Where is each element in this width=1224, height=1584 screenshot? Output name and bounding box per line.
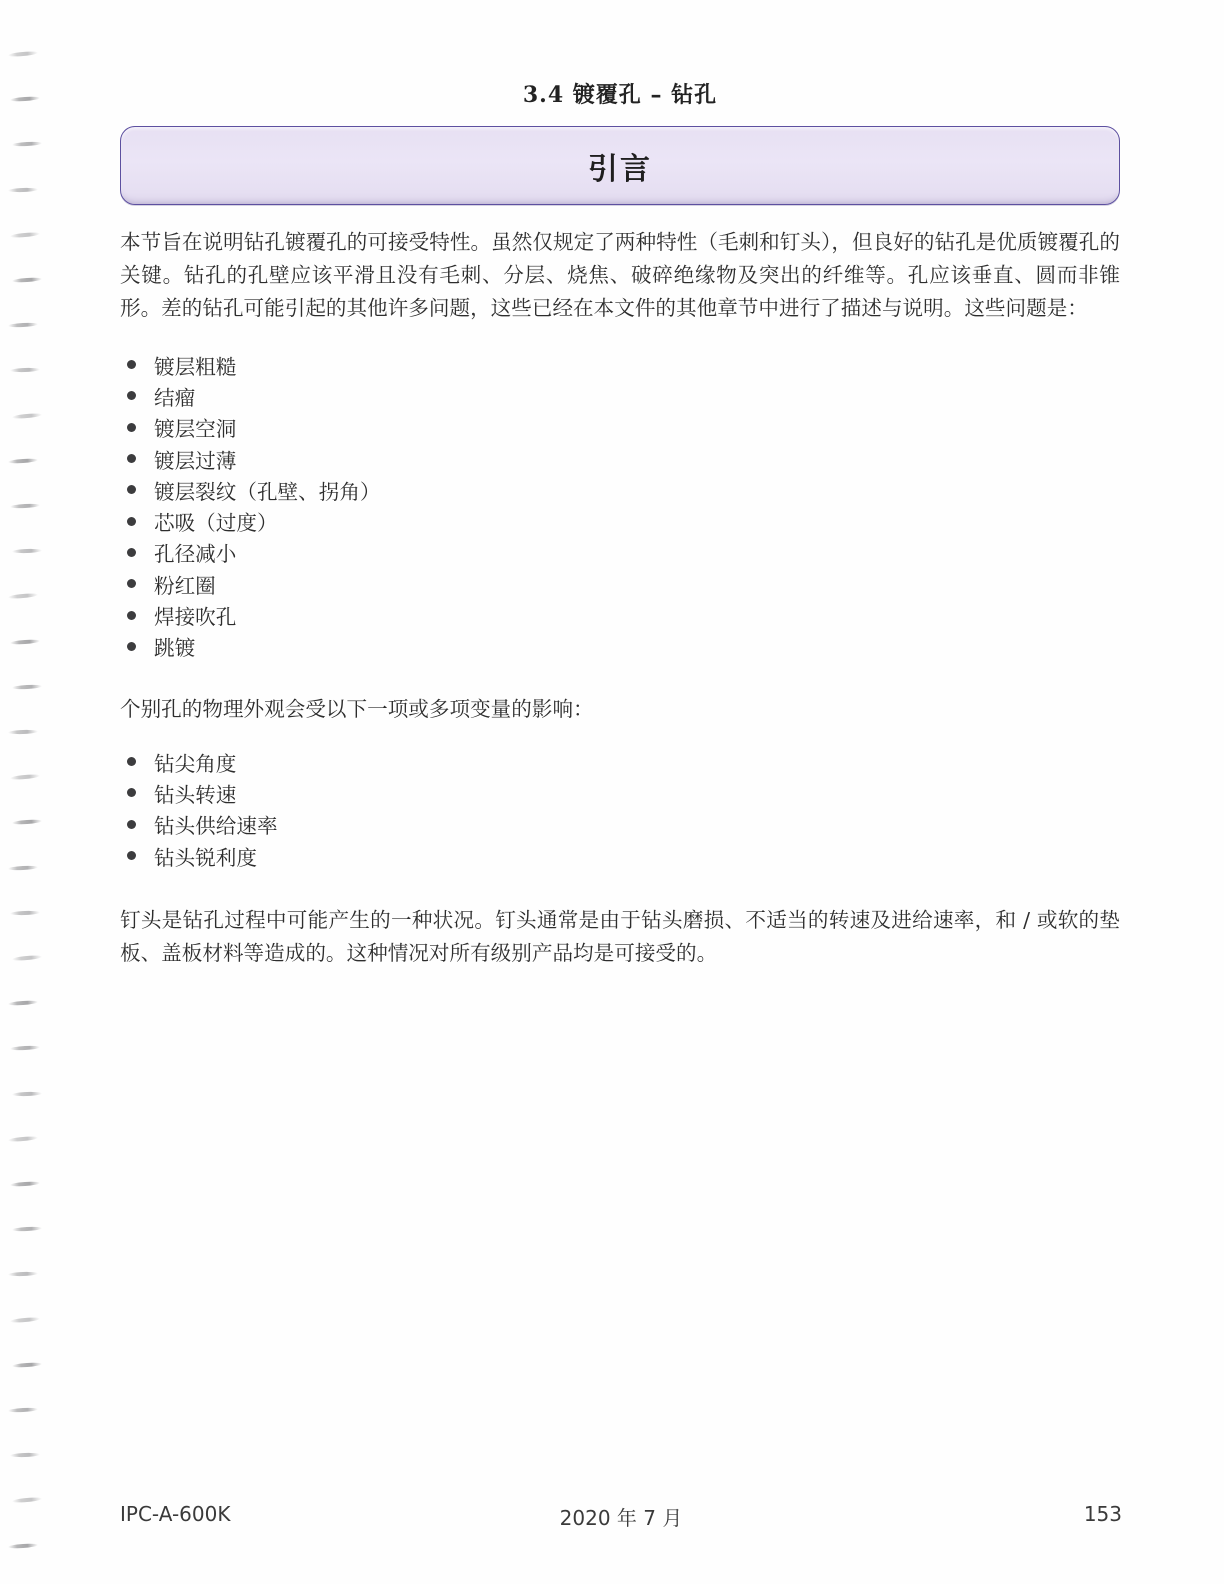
binding-mark: [8, 729, 38, 734]
list-item: 镀层空洞: [120, 412, 1120, 443]
bullet-icon: [127, 757, 136, 766]
bullet-icon: [127, 611, 136, 620]
binding-mark: [8, 1407, 38, 1413]
binding-mark: [8, 51, 38, 58]
list-item: 钻头转速: [120, 777, 1120, 808]
bullet-icon: [127, 517, 136, 526]
binding-mark: [12, 277, 42, 283]
binding-mark: [12, 1362, 42, 1368]
page-footer: IPC-A-600K 2020 年 7 月 153: [120, 1502, 1122, 1526]
binding-mark: [8, 1543, 38, 1549]
binding-mark: [10, 503, 40, 509]
list-item-label: 粉红圈: [154, 569, 216, 599]
bullet-icon: [127, 360, 136, 369]
list-item-label: 镀层裂纹（孔壁、拐角）: [154, 475, 381, 505]
binding-mark: [10, 910, 40, 915]
list-item: 钻头供给速率: [120, 809, 1120, 840]
footer-page-number: 153: [1084, 1502, 1122, 1526]
footer-document-id: IPC-A-600K: [120, 1502, 230, 1526]
list-item-label: 钻头供给速率: [154, 809, 278, 839]
binding-mark: [12, 142, 42, 148]
page-content: 3.4 镀覆孔 – 钻孔 引言 本节旨在说明钻孔镀覆孔的可接受特性。虽然仅规定了…: [120, 0, 1120, 970]
binding-mark: [12, 955, 42, 962]
binding-mark: [12, 412, 42, 419]
intro-paragraph: 本节旨在说明钻孔镀覆孔的可接受特性。虽然仅规定了两种特性（毛刺和钉头），但良好的…: [120, 226, 1120, 325]
list-item-label: 孔径减小: [154, 537, 236, 567]
list-item: 孔径减小: [120, 537, 1120, 568]
list-item: 钻尖角度: [120, 746, 1120, 777]
binding-mark: [8, 1000, 38, 1006]
footer-date: 2020 年 7 月: [120, 1502, 1122, 1531]
binding-mark: [12, 1497, 42, 1504]
list-item: 焊接吹孔: [120, 599, 1120, 630]
list-item-label: 钻头转速: [154, 778, 236, 808]
list-item-label: 镀层粗糙: [154, 350, 236, 380]
binding-mark: [10, 1181, 40, 1187]
binding-mark: [8, 458, 38, 464]
binding-mark: [8, 187, 38, 192]
scanned-document-page: { "document": { "section_header": "3.4 镀…: [0, 0, 1224, 1584]
variables-list: 钻尖角度 钻头转速 钻头供给速率 钻头锐利度: [120, 746, 1120, 871]
bullet-icon: [127, 579, 136, 588]
list-item: 镀层粗糙: [120, 349, 1120, 380]
binding-mark: [8, 1272, 38, 1277]
binding-mark: [10, 368, 40, 373]
bullet-icon: [127, 485, 136, 494]
spiral-binding-marks: [0, 0, 54, 1584]
binding-mark: [10, 96, 40, 102]
list-item-label: 焊接吹孔: [154, 600, 236, 630]
bullet-icon: [127, 851, 136, 860]
binding-mark: [8, 322, 38, 328]
bullet-icon: [127, 423, 136, 432]
binding-mark: [8, 865, 38, 871]
list-item-label: 芯吸（过度）: [154, 506, 278, 536]
binding-mark: [12, 819, 42, 825]
list-item: 粉红圈: [120, 568, 1120, 599]
binding-mark: [12, 1226, 42, 1232]
list-item-label: 钻头锐利度: [154, 841, 257, 871]
nailheading-paragraph: 钉头是钻孔过程中可能产生的一种状况。钉头通常是由于钻头磨损、不适当的转速及进给速…: [120, 904, 1120, 970]
list-item-label: 跳镀: [154, 631, 195, 661]
binding-mark: [10, 1316, 40, 1323]
binding-mark: [8, 1135, 38, 1142]
title-box: 引言: [120, 126, 1120, 205]
list-item: 结瘤: [120, 380, 1120, 411]
binding-mark: [8, 593, 38, 600]
list-item-label: 结瘤: [154, 381, 195, 411]
list-item: 芯吸（过度）: [120, 505, 1120, 536]
binding-mark: [10, 231, 40, 238]
list-item: 跳镀: [120, 631, 1120, 662]
binding-mark: [12, 549, 42, 554]
binding-mark: [10, 639, 40, 645]
bullet-icon: [127, 548, 136, 557]
list-item-label: 钻尖角度: [154, 747, 236, 777]
bullet-icon: [127, 391, 136, 400]
bullet-icon: [127, 820, 136, 829]
list-item-label: 镀层过薄: [154, 444, 236, 474]
binding-mark: [10, 1046, 40, 1052]
bullet-icon: [127, 642, 136, 651]
binding-mark: [12, 684, 42, 690]
list-item: 钻头锐利度: [120, 840, 1120, 871]
list-item: 镀层过薄: [120, 443, 1120, 474]
bullet-icon: [127, 788, 136, 797]
bullet-icon: [127, 454, 136, 463]
problem-list: 镀层粗糙 结瘤 镀层空洞 镀层过薄 镀层裂纹（孔壁、拐角） 芯吸（过度） 孔径减…: [120, 349, 1120, 662]
title-box-label: 引言: [588, 144, 652, 188]
binding-mark: [10, 774, 40, 781]
section-header: 3.4 镀覆孔 – 钻孔: [120, 78, 1120, 109]
list-item-label: 镀层空洞: [154, 412, 236, 442]
list-item: 镀层裂纹（孔壁、拐角）: [120, 474, 1120, 505]
variables-intro: 个别孔的物理外观会受以下一项或多项变量的影响：: [120, 693, 1120, 726]
binding-mark: [12, 1091, 42, 1096]
binding-mark: [10, 1453, 40, 1458]
